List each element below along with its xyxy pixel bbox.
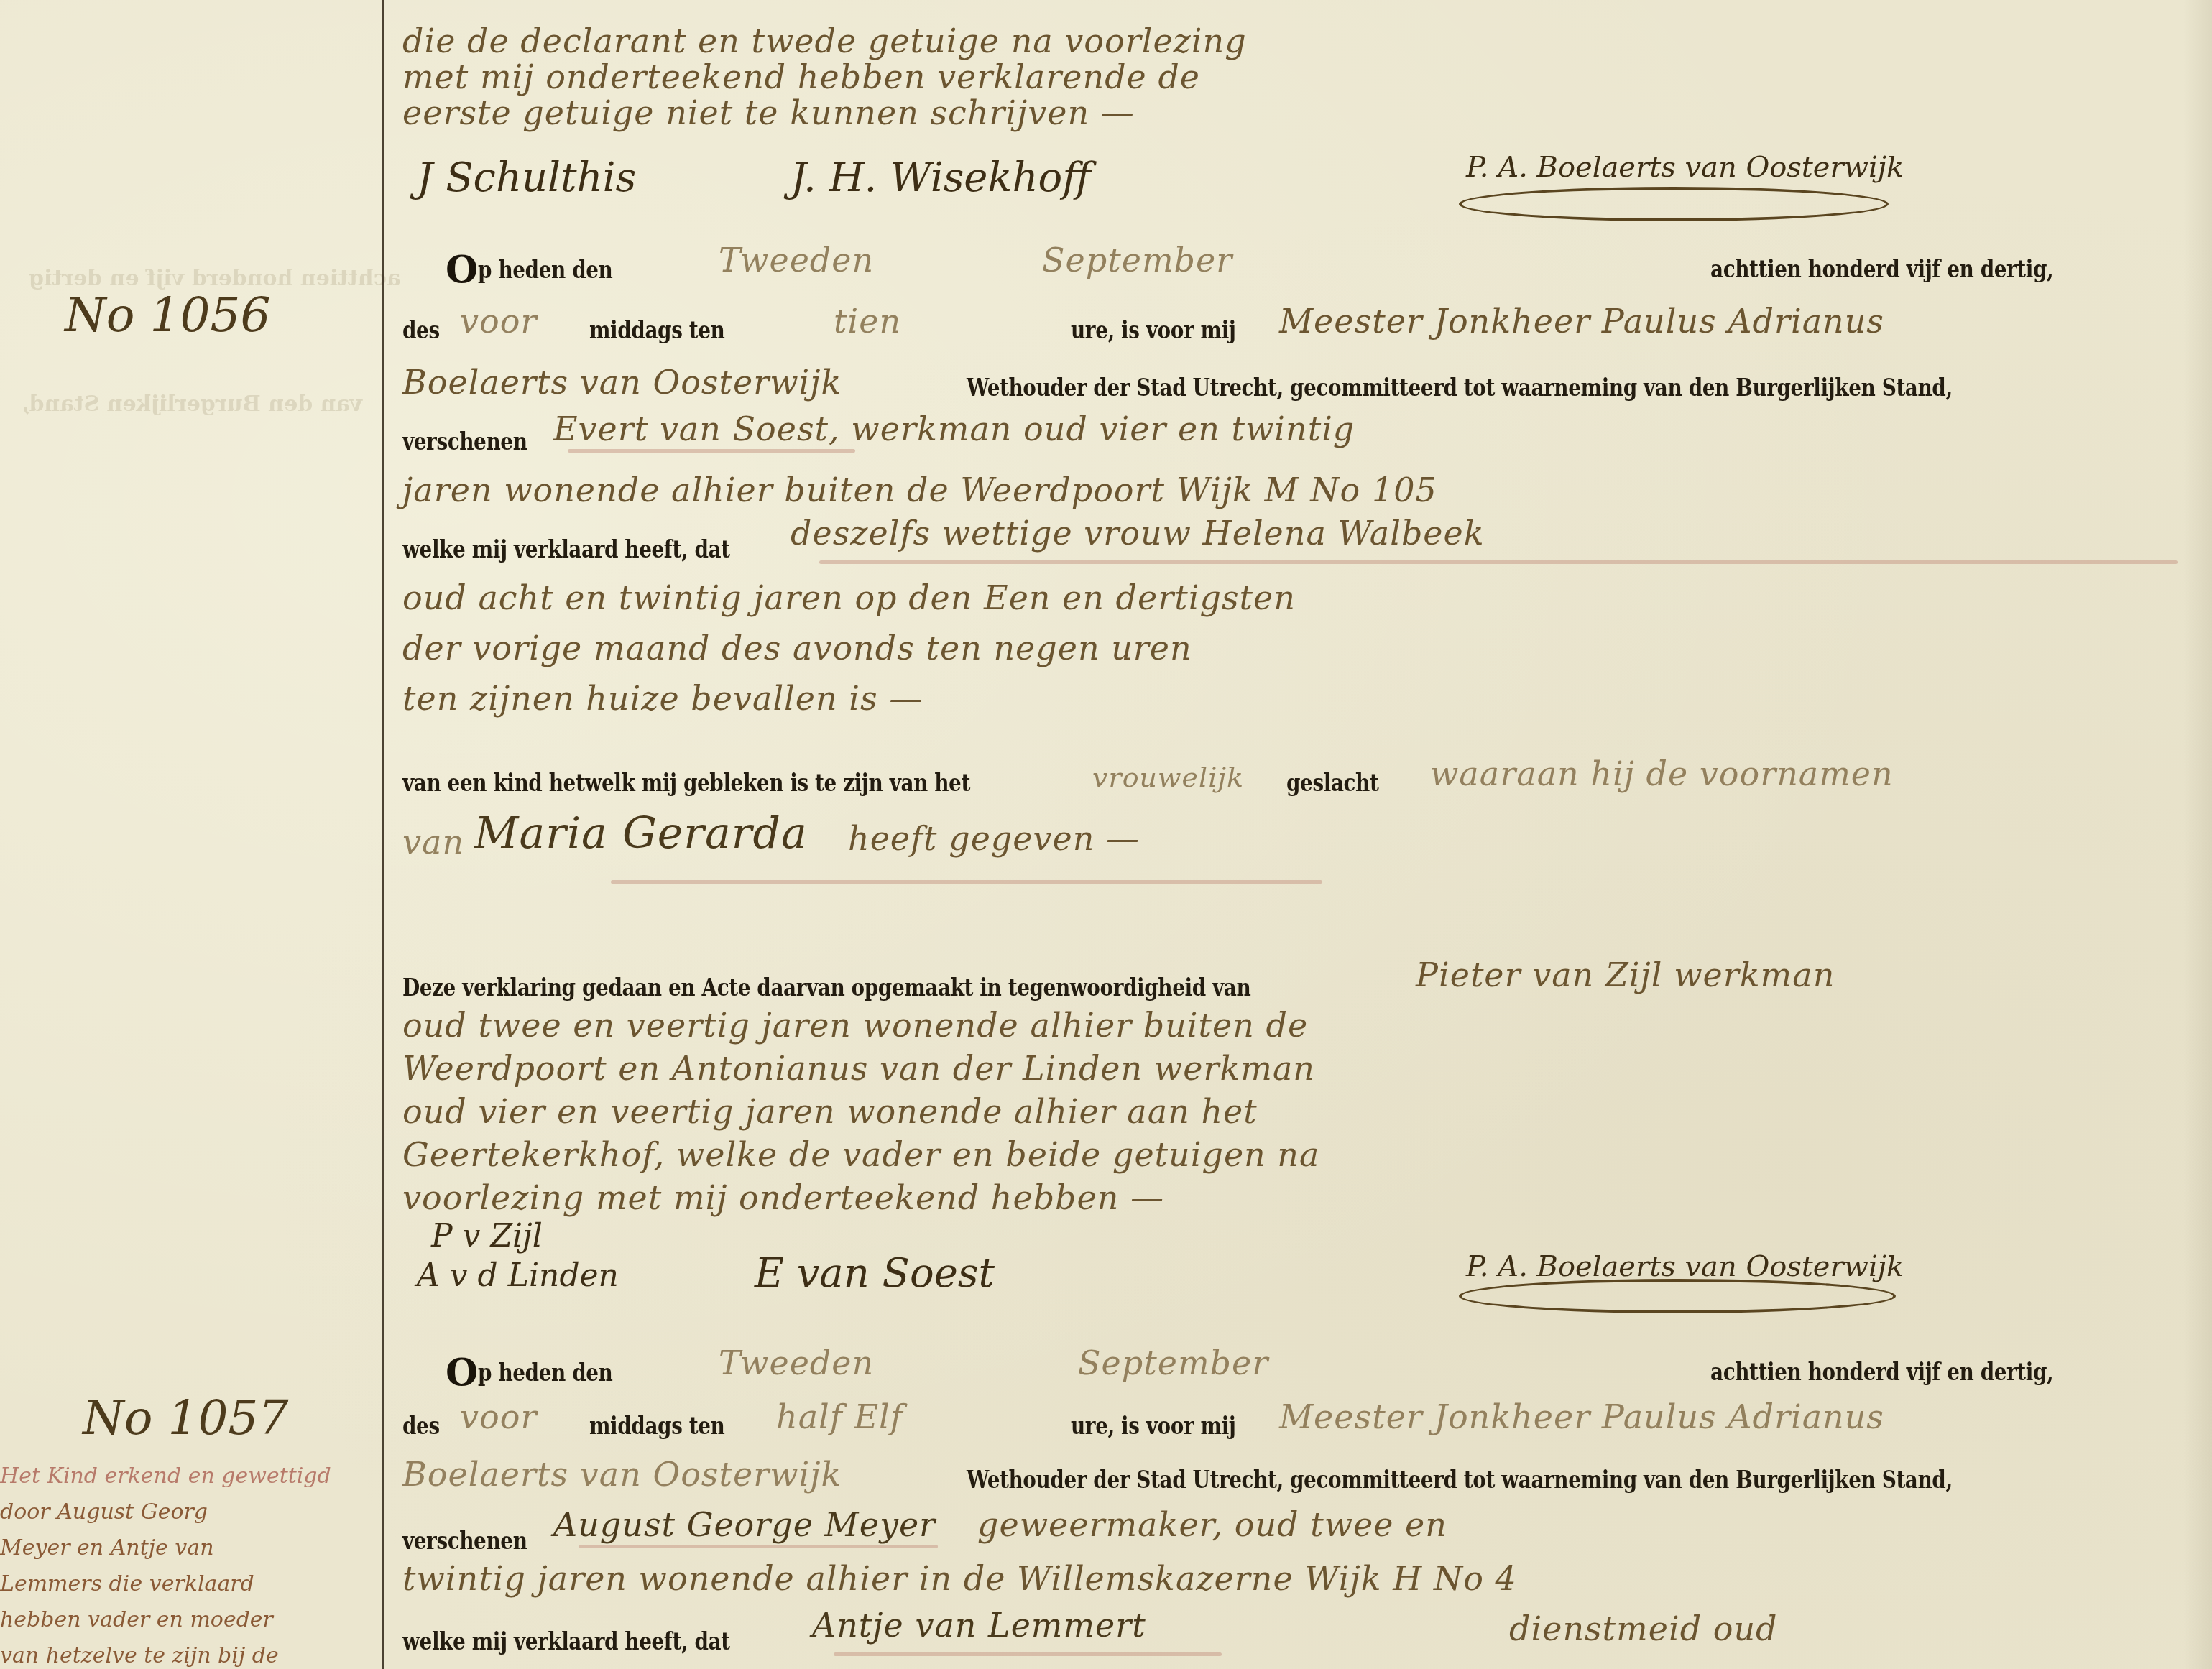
- printed-des: des: [402, 1412, 440, 1441]
- red-underline: [579, 1545, 938, 1548]
- printed-middags: middags ten: [589, 316, 724, 345]
- handwritten-line: jaren wonende alhier buiten de Weerdpoor…: [402, 471, 1437, 509]
- handwritten-line: oud twee en veertig jaren wonende alhier…: [402, 1006, 1308, 1045]
- red-underline: [819, 560, 2178, 564]
- handwritten-line: der vorige maand des avonds ten negen ur…: [402, 629, 1192, 667]
- handwritten-voor: voor: [460, 302, 537, 341]
- handwritten-occupation: geweermaker, oud twee en: [977, 1505, 1447, 1544]
- handwritten-line: twintig jaren wonende alhier in de Wille…: [402, 1559, 1517, 1598]
- handwritten-mother: Antje van Lemmert: [812, 1606, 1146, 1645]
- signature-witness-1: P v Zijl: [431, 1218, 543, 1254]
- printed-wethouder: Wethouder der Stad Utrecht, gecommitteer…: [967, 374, 1953, 402]
- annotation-line: hebben vader en moeder: [0, 1602, 331, 1638]
- handwritten-month: September: [1042, 241, 1232, 279]
- handwritten-line: voorlezing met mij onderteekend hebben —: [402, 1178, 1164, 1217]
- handwritten-official-surname: Boelaerts van Oosterwijk: [402, 1455, 842, 1494]
- printed-verschenen: verschenen: [402, 1527, 527, 1555]
- annotation-line: Lemmers die verklaard: [0, 1566, 331, 1602]
- bleed-through-text: van den Burgerlijken Stand,: [22, 392, 362, 417]
- annotation-line: Het Kind erkend en gewettigd: [0, 1458, 331, 1494]
- drop-cap-o: O: [446, 248, 478, 292]
- handwritten-sex: vrouwelijk: [1092, 762, 1244, 793]
- signature-flourish: [1459, 1279, 1896, 1313]
- handwritten-line: oud vier en veertig jaren wonende alhier…: [402, 1092, 1258, 1131]
- handwritten-line: met mij onderteekend hebben verklarende …: [402, 57, 1200, 96]
- handwritten-declarant: August George Meyer: [553, 1505, 936, 1544]
- signature-flourish: [1459, 187, 1889, 221]
- handwritten-line: Geertekerkhof, welke de vader en beide g…: [402, 1135, 1319, 1174]
- printed-verschenen: verschenen: [402, 427, 527, 456]
- printed-year: achttien honderd vijf en dertig,: [1710, 1358, 2053, 1387]
- handwritten-line: waaraan hij de voornamen: [1430, 754, 1894, 793]
- printed-des: des: [402, 316, 440, 345]
- record-number-1057: No 1057: [83, 1390, 288, 1446]
- printed-welke-mij: welke mij verklaard heeft, dat: [402, 535, 730, 564]
- handwritten-child-name: Maria Gerarda: [474, 808, 808, 859]
- handwritten-declarant: Evert van Soest, werkman oud vier en twi…: [553, 410, 1355, 448]
- signature-father: E van Soest: [755, 1250, 995, 1297]
- printed-welke-mij: welke mij verklaard heeft, dat: [402, 1627, 730, 1656]
- left-margin: achttien honderd vijf en dertig van den …: [0, 0, 383, 1669]
- handwritten-voor: voor: [460, 1397, 537, 1436]
- drop-cap-o: O: [446, 1351, 478, 1395]
- record-1057-line-1: Op heden den: [446, 1351, 642, 1395]
- handwritten-hour: half Elf: [776, 1397, 903, 1436]
- printed-ure: ure, is voor mij: [1071, 1412, 1236, 1441]
- printed-geslacht: geslacht: [1286, 769, 1378, 797]
- record-number-1056: No 1056: [65, 287, 270, 343]
- signature-official: P. A. Boelaerts van Oosterwijk: [1466, 151, 1904, 184]
- handwritten-day: Tweeden: [719, 1344, 874, 1382]
- handwritten-occupation: dienstmeid oud: [1509, 1609, 1778, 1648]
- record-1056-line-1: Op heden den: [446, 248, 642, 292]
- printed-van-een-kind: van een kind hetwelk mij gebleken is te …: [402, 769, 970, 797]
- red-underline: [611, 880, 1322, 884]
- annotation-line: door August Georg: [0, 1494, 331, 1530]
- handwritten-official-name: Meester Jonkheer Paulus Adrianus: [1279, 1397, 1884, 1436]
- annotation-line: Meyer en Antje van: [0, 1530, 331, 1566]
- handwritten-line: eerste getuige niet te kunnen schrijven …: [402, 93, 1135, 132]
- printed-ure: ure, is voor mij: [1071, 316, 1236, 345]
- handwritten-line: die de declarant en twede getuige na voo…: [402, 22, 1247, 60]
- register-page: achttien honderd vijf en dertig van den …: [0, 0, 2212, 1669]
- red-underline: [568, 449, 855, 453]
- handwritten-mother: deszelfs wettige vrouw Helena Walbeek: [791, 514, 1485, 553]
- signature-witness-2: A v d Linden: [417, 1257, 619, 1294]
- handwritten-line: heeft gegeven —: [848, 819, 1140, 858]
- handwritten-line: ten zijnen huize bevallen is —: [402, 679, 923, 718]
- margin-rule: [382, 0, 384, 1669]
- marginal-annotation: Het Kind erkend en gewettigd door August…: [0, 1458, 331, 1669]
- handwritten-official-surname: Boelaerts van Oosterwijk: [402, 363, 842, 402]
- handwritten-month: September: [1078, 1344, 1268, 1382]
- printed-year: achttien honderd vijf en dertig,: [1710, 255, 2053, 284]
- signature-wisekhoff: J. H. Wisekhoff: [791, 154, 1091, 201]
- printed-wethouder: Wethouder der Stad Utrecht, gecommitteer…: [967, 1466, 1953, 1494]
- printed-middags: middags ten: [589, 1412, 724, 1441]
- handwritten-day: Tweeden: [719, 241, 874, 279]
- handwritten-official-name: Meester Jonkheer Paulus Adrianus: [1279, 302, 1884, 341]
- signature-schulthis: J Schulthis: [417, 154, 636, 201]
- red-underline: [834, 1652, 1222, 1656]
- handwritten-hour: tien: [834, 302, 901, 341]
- handwritten-line: oud acht en twintig jaren op den Een en …: [402, 578, 1296, 617]
- handwritten-witness-1: Pieter van Zijl werkman: [1416, 956, 1835, 994]
- printed-deze-verklaring: Deze verklaring gedaan en Acte daarvan o…: [402, 974, 1250, 1002]
- annotation-line: van hetzelve te zijn bij de: [0, 1638, 331, 1669]
- page-edge-shadow: [2183, 0, 2212, 1669]
- handwritten-line: Weerdpoort en Antonianus van der Linden …: [402, 1049, 1315, 1088]
- handwritten-van: van: [402, 823, 464, 861]
